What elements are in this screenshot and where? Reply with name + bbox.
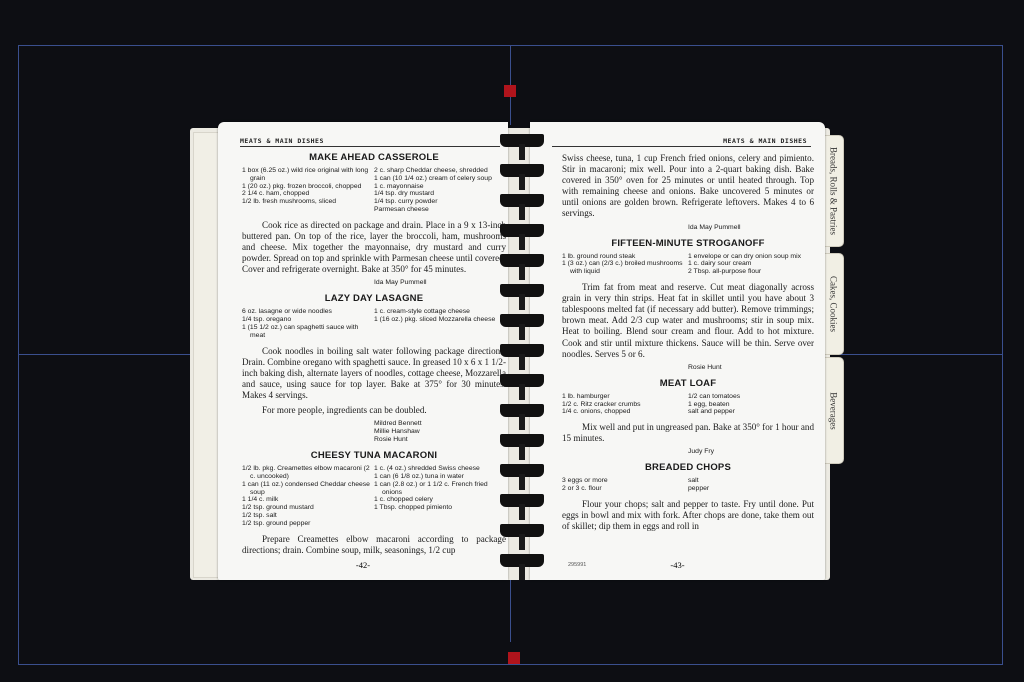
recipe-make-ahead-casserole: MAKE AHEAD CASSEROLE1 box (6.25 oz.) wil… xyxy=(242,152,506,287)
ingredient-item: 1 Tbsp. chopped pimiento xyxy=(374,504,506,512)
ingredient-column: 1 c. cream-style cottage cheese1 (16 oz.… xyxy=(374,308,506,339)
recipe-breaded-chops: BREADED CHOPS3 eggs or more2 or 3 c. flo… xyxy=(562,462,814,532)
recipe-directions: Flour your chops; salt and pepper to tas… xyxy=(562,499,814,532)
recipe-authors: Rosie Hunt xyxy=(688,364,814,372)
ingredient-item: 2 c. sharp Cheddar cheese, shredded xyxy=(374,167,506,175)
ingredient-column: 3 eggs or more2 or 3 c. flour xyxy=(562,477,688,493)
ingredient-item: 1/4 tsp. dry mustard xyxy=(374,190,506,198)
recipe-authors: Mildred BennettMillie HanshawRosie Hunt xyxy=(374,420,506,444)
recipe-title: FIFTEEN-MINUTE STROGANOFF xyxy=(562,238,814,249)
coil-stem xyxy=(519,264,525,280)
author-name: Rosie Hunt xyxy=(688,364,814,372)
recipe-directions: Trim fat from meat and reserve. Cut meat… xyxy=(562,282,814,360)
ingredient-item: 1 c. dairy sour cream xyxy=(688,260,814,268)
spiral-coil xyxy=(498,374,546,392)
spiral-coil xyxy=(498,494,546,512)
coil-stem xyxy=(519,144,525,160)
coil-stem xyxy=(519,414,525,430)
author-name: Ida May Pummell xyxy=(374,279,506,287)
spiral-coil xyxy=(498,434,546,452)
coil-stem xyxy=(519,234,525,250)
coil-stem xyxy=(519,564,525,580)
coil-stem xyxy=(519,474,525,490)
ingredient-item: 1 (15 1/2 oz.) can spaghetti sauce with … xyxy=(242,324,374,340)
ingredient-item: 1/2 lb. fresh mushrooms, sliced xyxy=(242,198,374,206)
ingredient-item: 1 c. mayonnaise xyxy=(374,183,506,191)
running-head: MEATS & MAIN DISHES xyxy=(723,137,807,145)
recipe-title: BREADED CHOPS xyxy=(562,462,814,473)
ingredient-item: 6 oz. lasagne or wide noodles xyxy=(242,308,374,316)
ingredient-item: 1/2 tsp. ground mustard xyxy=(242,504,374,512)
coil-stem xyxy=(519,204,525,220)
ingredient-list: 1 box (6.25 oz.) wild rice original with… xyxy=(242,167,506,214)
ingredient-item: 1 1/4 c. milk xyxy=(242,496,374,504)
section-tab-breads[interactable]: Breads, Rolls & Pastries xyxy=(822,135,844,247)
continued-directions: Swiss cheese, tuna, 1 cup French fried o… xyxy=(562,153,814,220)
spiral-coil xyxy=(498,224,546,242)
spiral-coil xyxy=(498,464,546,482)
author-name: Judy Fry xyxy=(688,448,814,456)
section-tab-beverages[interactable]: Beverages xyxy=(822,357,844,464)
ingredient-item: 1 (20 oz.) pkg. frozen broccoli, chopped xyxy=(242,183,374,191)
ingredient-item: 1/4 tsp. curry powder xyxy=(374,198,506,206)
ingredient-item: 1 c. chopped celery xyxy=(374,496,506,504)
ingredient-item: salt xyxy=(688,477,814,485)
spiral-coil xyxy=(498,194,546,212)
left-page: MEATS & MAIN DISHES MAKE AHEAD CASSEROLE… xyxy=(218,122,508,580)
recipe-title: CHEESY TUNA MACARONI xyxy=(242,450,506,461)
coil-stem xyxy=(519,444,525,460)
ingredient-item: 3 eggs or more xyxy=(562,477,688,485)
recipe-directions: Cook noodles in boiling salt water follo… xyxy=(242,346,506,401)
running-head: MEATS & MAIN DISHES xyxy=(240,137,324,145)
spiral-coil xyxy=(498,254,546,272)
right-page-content: Swiss cheese, tuna, 1 cup French fried o… xyxy=(562,149,814,536)
ingredient-item: 1 can (11 oz.) condensed Cheddar cheese … xyxy=(242,481,374,497)
spiral-coil xyxy=(498,524,546,542)
ingredient-item: 1/4 tsp. oregano xyxy=(242,316,374,324)
ingredient-column: saltpepper xyxy=(688,477,814,493)
ingredient-item: 1 box (6.25 oz.) wild rice original with… xyxy=(242,167,374,183)
coil-stem xyxy=(519,534,525,550)
recipe-authors: Ida May Pummell xyxy=(374,279,506,287)
ingredient-item: 2 Tbsp. all-purpose flour xyxy=(688,268,814,276)
ingredient-item: 1/2 c. Ritz cracker crumbs xyxy=(562,401,688,409)
recipe-title: LAZY DAY LASAGNE xyxy=(242,293,506,304)
recipe-directions: Mix well and put in ungreased pan. Bake … xyxy=(562,422,814,444)
ingredient-item: 1 c. (4 oz.) shredded Swiss cheese xyxy=(374,465,506,473)
ingredient-item: 1 envelope or can dry onion soup mix xyxy=(688,253,814,261)
spiral-binding xyxy=(498,126,546,578)
ingredient-item: 1/2 tsp. ground pepper xyxy=(242,520,374,528)
ingredient-item: 1 (3 oz.) can (2/3 c.) broiled mushrooms… xyxy=(562,260,688,276)
ingredient-column: 1/2 lb. pkg. Creamettes elbow macaroni (… xyxy=(242,465,374,527)
ingredient-item: 2 1/4 c. ham, chopped xyxy=(242,190,374,198)
coil-stem xyxy=(519,384,525,400)
ingredient-item: pepper xyxy=(688,485,814,493)
ingredient-list: 1 lb. ground round steak1 (3 oz.) can (2… xyxy=(562,253,814,276)
ingredient-list: 3 eggs or more2 or 3 c. floursaltpepper xyxy=(562,477,814,493)
page-number: -42- xyxy=(218,560,508,570)
ingredient-column: 1 lb. hamburger1/2 c. Ritz cracker crumb… xyxy=(562,393,688,416)
coil-stem xyxy=(519,174,525,190)
ingredient-column: 6 oz. lasagne or wide noodles1/4 tsp. or… xyxy=(242,308,374,339)
ingredient-item: 1 c. cream-style cottage cheese xyxy=(374,308,506,316)
recipe-directions: Prepare Creamettes elbow macaroni accord… xyxy=(242,534,506,556)
coil-stem xyxy=(519,354,525,370)
recipe-authors: Judy Fry xyxy=(688,448,814,456)
ingredient-list: 1 lb. hamburger1/2 c. Ritz cracker crumb… xyxy=(562,393,814,416)
ingredient-item: 2 or 3 c. flour xyxy=(562,485,688,493)
recipe-directions: For more people, ingredients can be doub… xyxy=(242,405,506,416)
header-rule xyxy=(240,146,500,147)
recipe-meat-loaf: MEAT LOAF1 lb. hamburger1/2 c. Ritz crac… xyxy=(562,378,814,457)
spiral-coil xyxy=(498,134,546,152)
ingredient-list: 6 oz. lasagne or wide noodles1/4 tsp. or… xyxy=(242,308,506,339)
ingredient-item: 1/4 c. onions, chopped xyxy=(562,408,688,416)
recipe-cheesy-tuna-macaroni: CHEESY TUNA MACARONI1/2 lb. pkg. Creamet… xyxy=(242,450,506,556)
spiral-coil xyxy=(498,314,546,332)
alignment-marker-bottom xyxy=(508,652,520,664)
ingredient-item: 1 lb. hamburger xyxy=(562,393,688,401)
spiral-coil xyxy=(498,344,546,362)
ingredient-list: 1/2 lb. pkg. Creamettes elbow macaroni (… xyxy=(242,465,506,527)
ingredient-item: 1/2 tsp. salt xyxy=(242,512,374,520)
ingredient-column: 2 c. sharp Cheddar cheese, shredded1 can… xyxy=(374,167,506,214)
recipe-title: MAKE AHEAD CASSEROLE xyxy=(242,152,506,163)
spiral-coil xyxy=(498,284,546,302)
ingredient-item: salt and pepper xyxy=(688,408,814,416)
ingredient-column: 1 box (6.25 oz.) wild rice original with… xyxy=(242,167,374,214)
ingredient-item: 1 egg, beaten xyxy=(688,401,814,409)
ingredient-item: 1/2 can tomatoes xyxy=(688,393,814,401)
right-page: MEATS & MAIN DISHES Swiss cheese, tuna, … xyxy=(530,122,825,580)
header-rule xyxy=(552,146,811,147)
author-name: Millie Hanshaw xyxy=(374,428,506,436)
ingredient-column: 1 envelope or can dry onion soup mix1 c.… xyxy=(688,253,814,276)
recipe-title: MEAT LOAF xyxy=(562,378,814,389)
left-page-content: MAKE AHEAD CASSEROLE1 box (6.25 oz.) wil… xyxy=(242,149,506,560)
recipe-lazy-day-lasagne: LAZY DAY LASAGNE6 oz. lasagne or wide no… xyxy=(242,293,506,444)
spiral-coil xyxy=(498,404,546,422)
recipe-author: Ida May Pummell xyxy=(688,224,814,232)
ingredient-item: 1 lb. ground round steak xyxy=(562,253,688,261)
coil-stem xyxy=(519,294,525,310)
ingredient-column: 1 c. (4 oz.) shredded Swiss cheese1 can … xyxy=(374,465,506,527)
spiral-coil xyxy=(498,164,546,182)
guide-line-vertical-bottom xyxy=(510,580,511,642)
ingredient-item: 1/2 lb. pkg. Creamettes elbow macaroni (… xyxy=(242,465,374,481)
author-name: Mildred Bennett xyxy=(374,420,506,428)
ingredient-item: 1 can (6 1/8 oz.) tuna in water xyxy=(374,473,506,481)
ingredient-item: 1 can (2.8 oz.) or 1 1/2 c. French fried… xyxy=(374,481,506,497)
recipe-fifteen-minute-stroganoff: FIFTEEN-MINUTE STROGANOFF1 lb. ground ro… xyxy=(562,238,814,372)
section-tab-cakes[interactable]: Cakes, Cookies xyxy=(822,253,844,355)
ingredient-item: 1 can (10 1/4 oz.) cream of celery soup xyxy=(374,175,506,183)
ingredient-column: 1 lb. ground round steak1 (3 oz.) can (2… xyxy=(562,253,688,276)
coil-stem xyxy=(519,504,525,520)
author-name: Rosie Hunt xyxy=(374,436,506,444)
ingredient-item: Parmesan cheese xyxy=(374,206,506,214)
page-number: -43- xyxy=(530,560,825,570)
ingredient-column: 1/2 can tomatoes1 egg, beatensalt and pe… xyxy=(688,393,814,416)
ingredient-item: 1 (16 oz.) pkg. sliced Mozzarella cheese xyxy=(374,316,506,324)
spiral-coil xyxy=(498,554,546,572)
coil-stem xyxy=(519,324,525,340)
alignment-marker-top xyxy=(504,85,516,97)
recipe-directions: Cook rice as directed on package and dra… xyxy=(242,220,506,275)
